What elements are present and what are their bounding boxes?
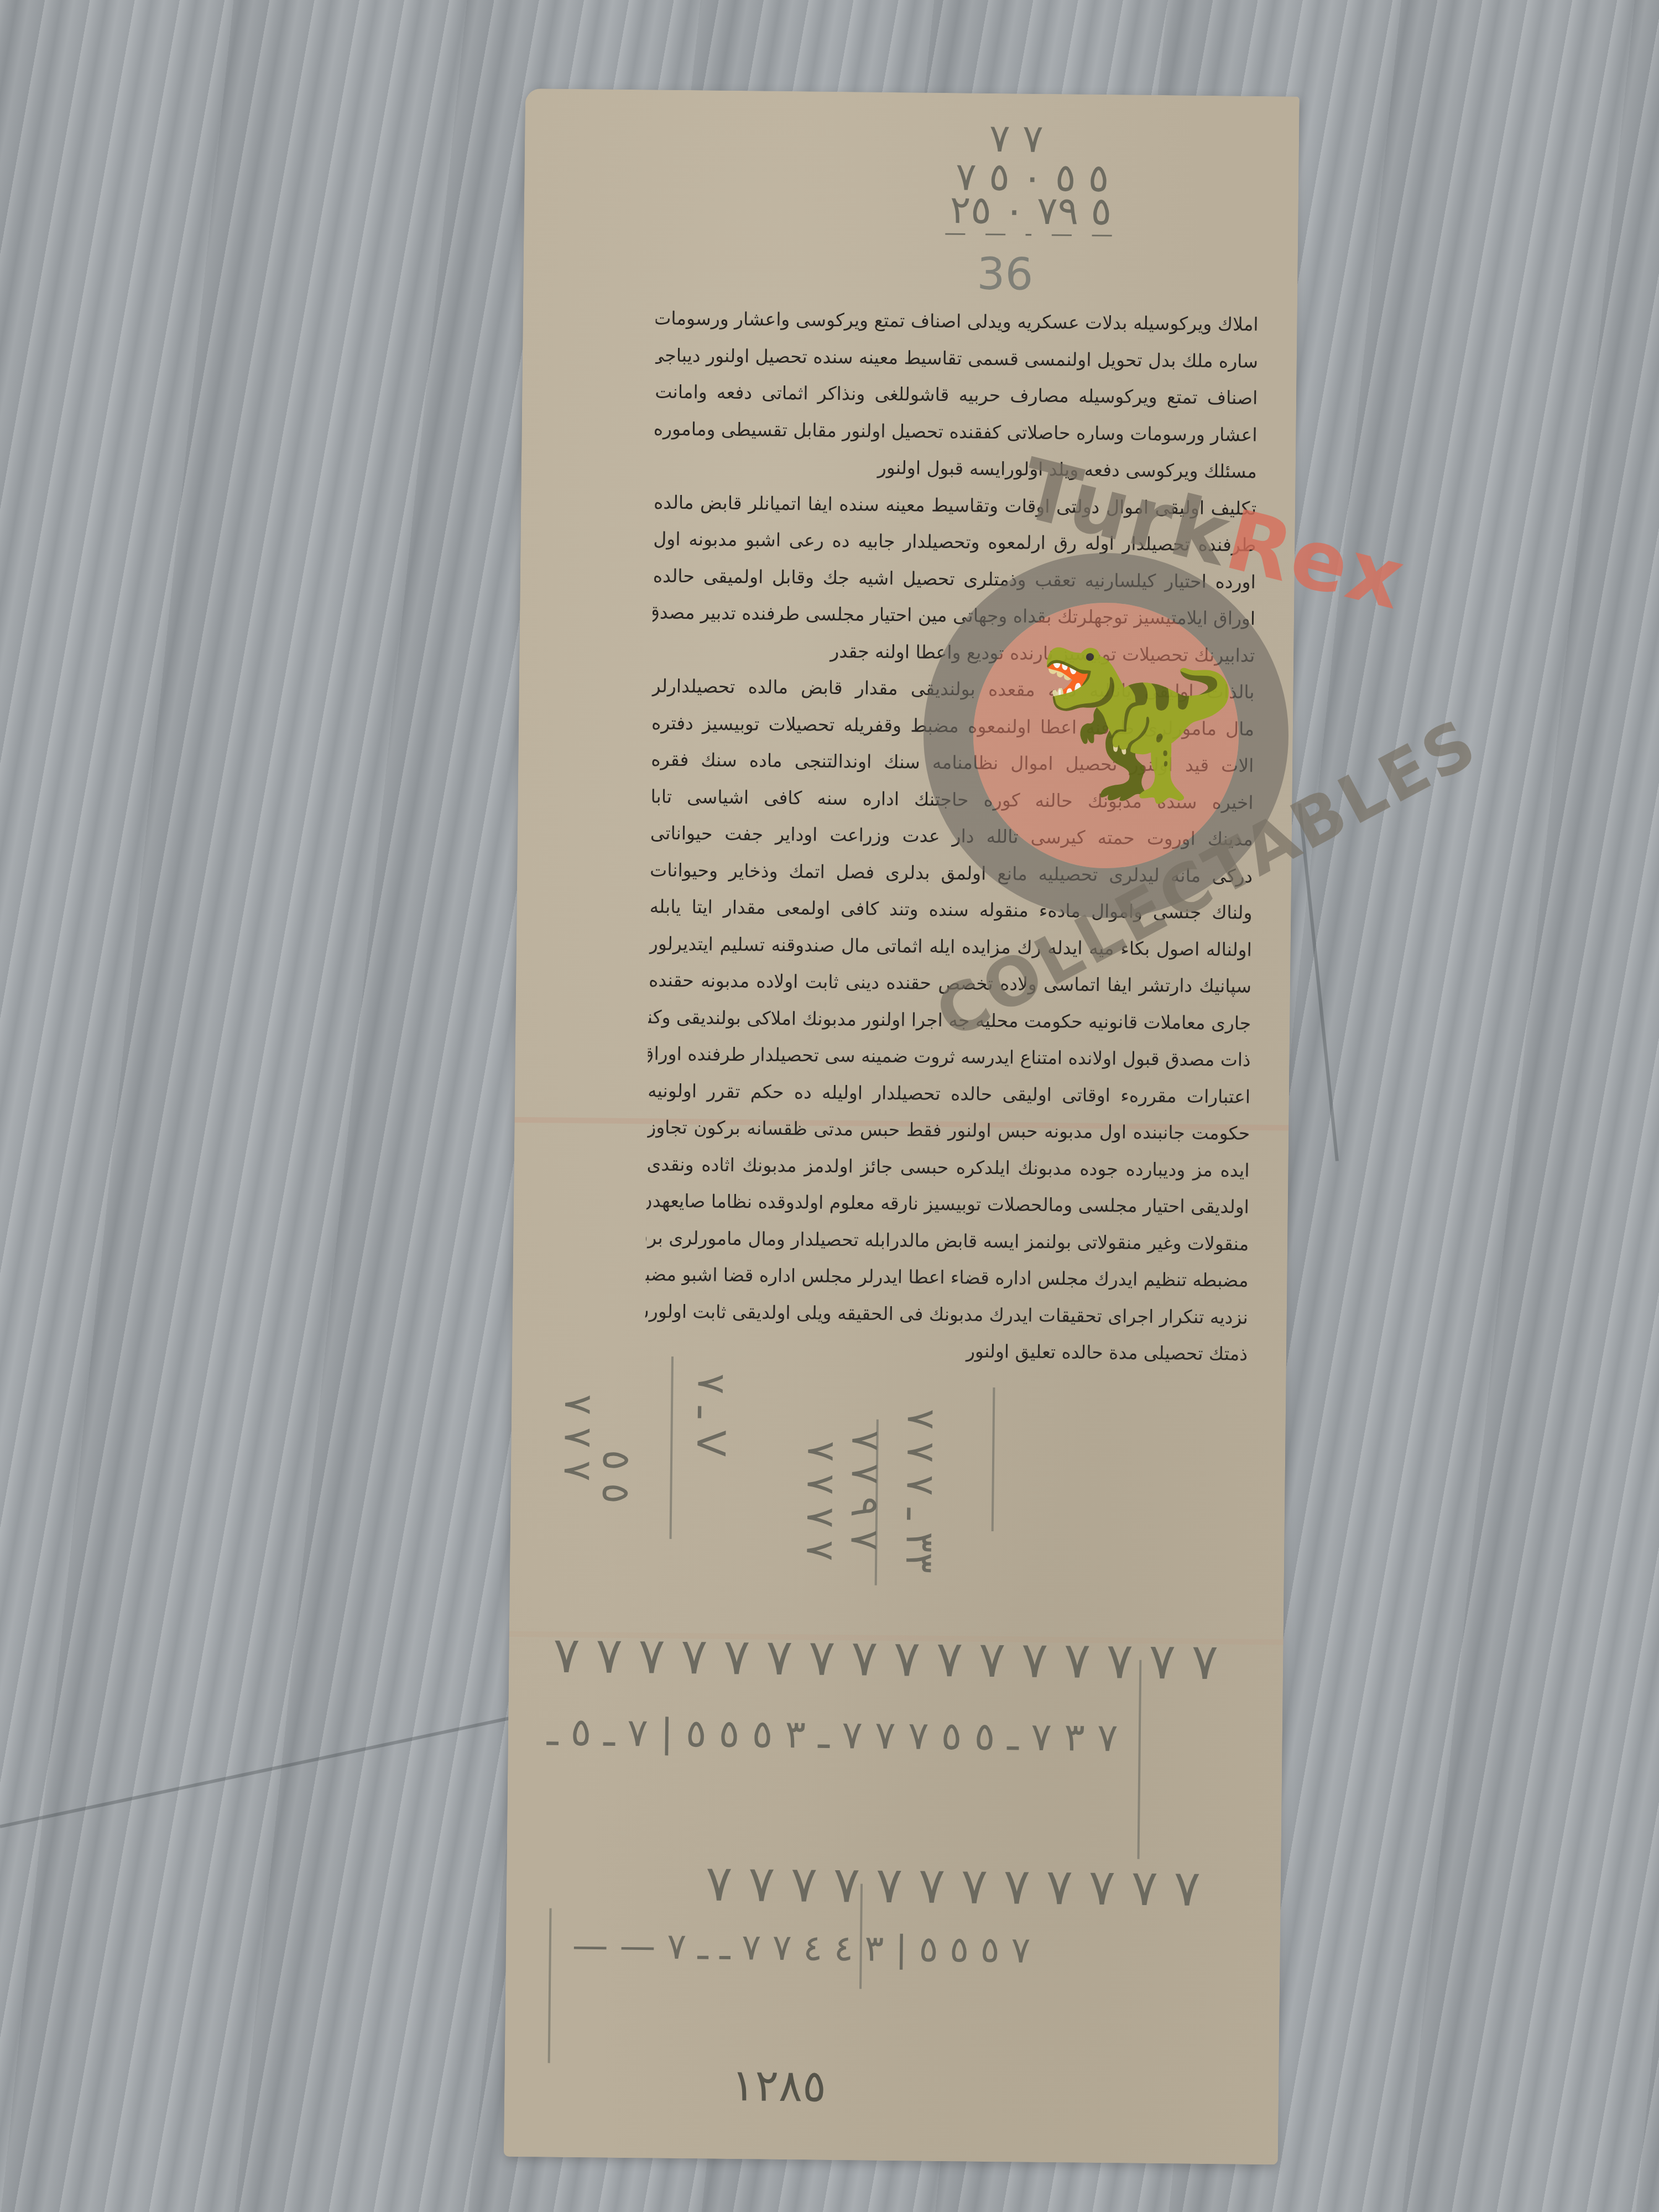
- pencil-signature: ١٢٨٥: [731, 2059, 827, 2112]
- pencil-tally: — — ٧ ٥ ٥ ٥ | ٣ ٤ ٤ ٧ ٧ ـ ـ ٧: [572, 1925, 1030, 1971]
- page-number: 36: [977, 248, 1034, 300]
- pencil-divider: [670, 1357, 674, 1539]
- text-line: بالذات اوليقى ياناليه دينه مقعده بولنديق…: [651, 667, 1255, 711]
- pencil-tally: ٧ ٧ ٧ ٧: [797, 1441, 844, 1561]
- pencil-tally: ٧ ٧ ٧ ٧ ٧ ٧ ٧ ٧ ٧ ٧ ٧ ٧: [705, 1855, 1201, 1918]
- text-line: ذمتك تحصيلى مدة حالده تعليق اولنور: [645, 1329, 1248, 1373]
- text-line: اوراق ايلامتيسيز توجهلرتك بقداه وجهاتى م…: [653, 594, 1256, 637]
- text-line: ذات مصدق قبول اولانده امتناع ايدرسه ثروت…: [648, 1035, 1251, 1078]
- pencil-tally: ٧ ٩ ٧ ٧: [842, 1430, 888, 1551]
- pencil-tally: ٥ ٥: [593, 1449, 639, 1504]
- document-paper: ٧ ٧ ٥ ٥ ٠ ٥ ٧ ٥ ٧٩ ٠ ٢٥ — — - — — 36 امل…: [504, 88, 1300, 2164]
- text-line: ساره ملك بدل تحويل اولنمسى قسمى تقاسيط م…: [655, 337, 1259, 380]
- text-line: حكومت جانبنده اول مدبونه حبس اولنور فقط …: [647, 1109, 1250, 1152]
- pencil-tally: ٧ ٧ ٧ ٧ ٧ ٧ ٧ ٧ ٧ ٧ ٧ ٧ ٧ ٧ ٧ ٧: [553, 1626, 1219, 1692]
- floor-board-seam: [0, 1716, 514, 1828]
- text-line: اولديقى احتيار مجلسى ومالحصلات توبيسيز ن…: [646, 1182, 1250, 1225]
- text-line: الات قيد اولنور تحصيل اموال نظامنامه سنك…: [651, 741, 1254, 784]
- text-line: ايده مز وديبارده جوده مدبونك ايلدكره حبس…: [646, 1146, 1250, 1189]
- text-line: تدابيرنك تحصيلات توبيسيز نارنده توديع وا…: [652, 631, 1255, 674]
- pencil-divider: [992, 1387, 995, 1531]
- text-line: مدينك اوروت حمته كيرسى تالله دار عدت وزر…: [650, 815, 1254, 858]
- text-line: منقولات وغير منقولاتى بولنمز ايسه قابض م…: [646, 1219, 1249, 1262]
- text-line: نزديه تنكرار اجراى تحقيقات ايدرك مدبونك …: [645, 1293, 1249, 1336]
- text-line: اخيره سنده مدبونك حالنه كوره حاجتنك ادار…: [650, 778, 1254, 821]
- document-body: املاك ويركوسيله بدلات عسكريه ويدلى اصناف…: [645, 300, 1259, 1373]
- pencil-divider: [548, 1908, 552, 2063]
- pencil-tally: ٣٣ ـ ٧ ٧ ٧: [897, 1408, 944, 1573]
- text-line: اصناف تمتع ويركوسيله مصارف حربيه قاشوللغ…: [655, 373, 1258, 416]
- text-line: املاك ويركوسيله بدلات عسكريه ويدلى اصناف…: [655, 300, 1259, 343]
- pencil-tally: ٧ ٣ ٧ ـ ٥ ٥ ٧ ٧ ٧ ـ ٣ ٥ ٥ ٥ | ٧ ـ ٥ ـ: [546, 1709, 1118, 1761]
- pencil-note: — — - — —: [944, 220, 1119, 247]
- text-line: اعتبارات مقررهء اوقاتى اوليقى حالده تحصي…: [648, 1072, 1251, 1115]
- pencil-tally: ـ ٧ V: [688, 1373, 734, 1462]
- text-line: اعشار ورسومات وساره حاصلاتى كفقنده تحصيل…: [654, 410, 1258, 453]
- text-line: مال مامورلرى طرفنه اعطا اولنمعوه مضبط وق…: [651, 705, 1255, 748]
- text-line: مضبطه تنظيم ايدرك مجلس اداره قضاء اعطا ا…: [645, 1256, 1249, 1299]
